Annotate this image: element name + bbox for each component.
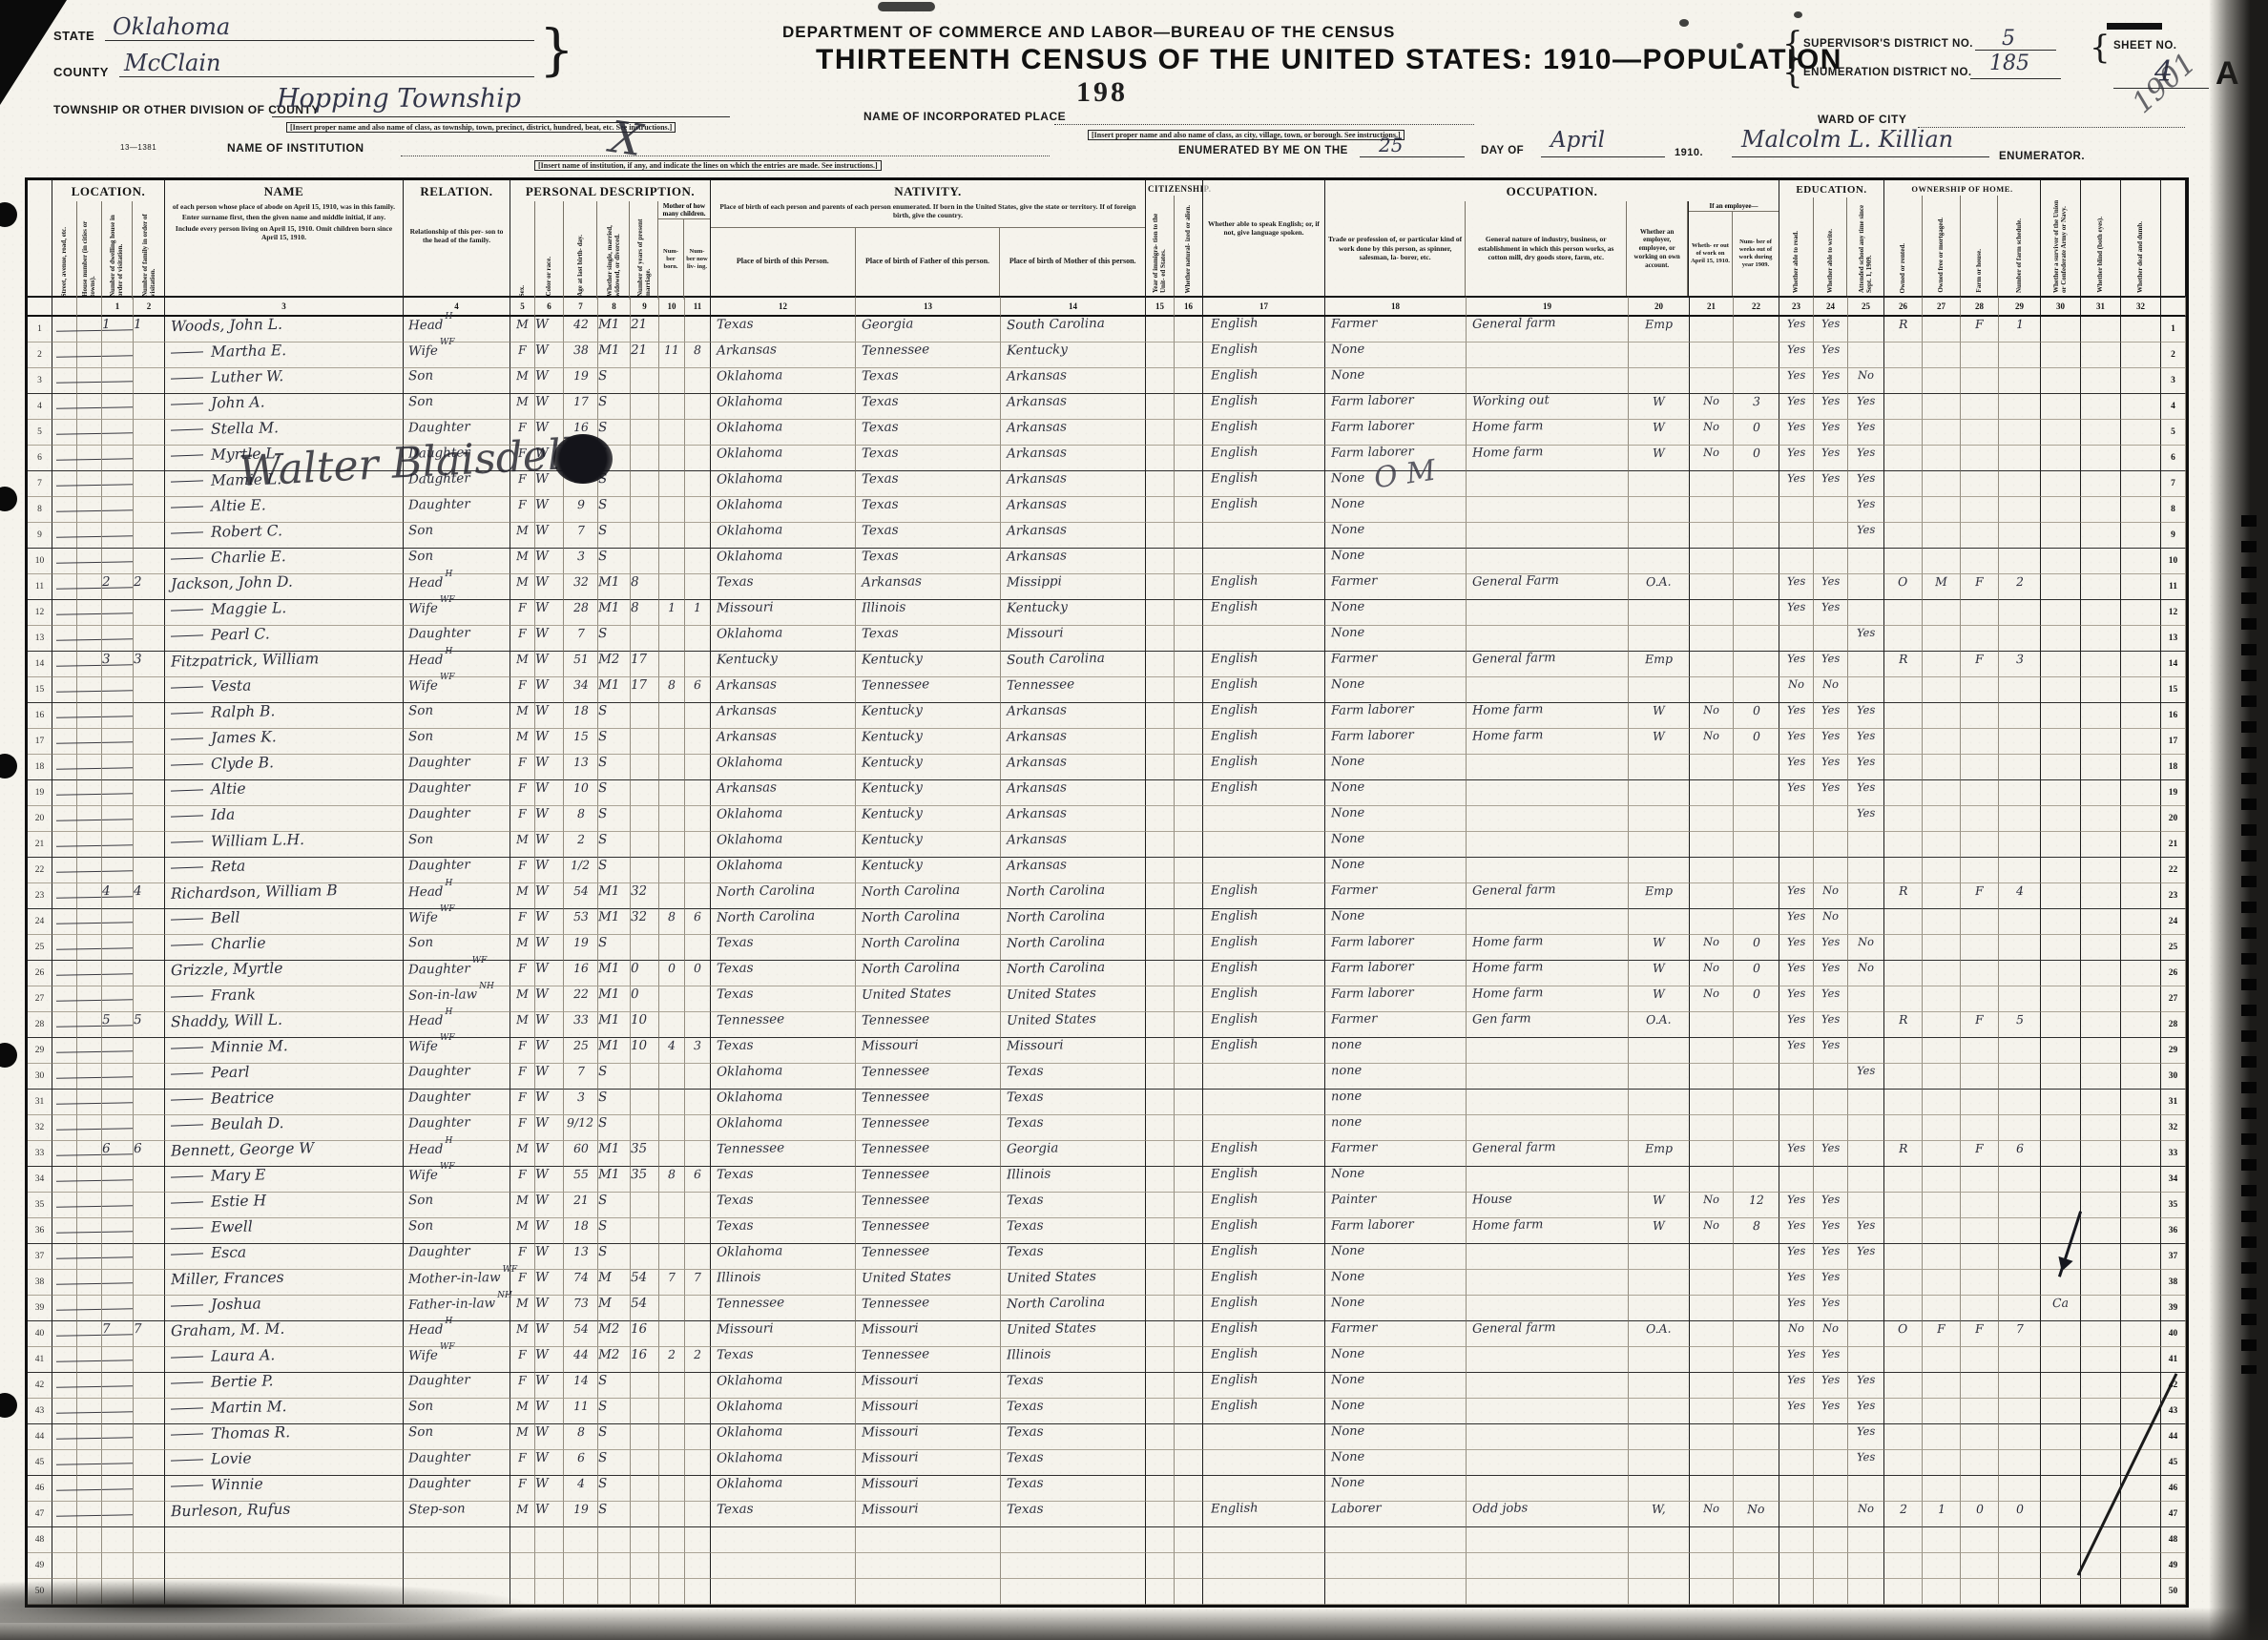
cell-rel: WifeWF	[404, 1167, 510, 1193]
cell-sex: M	[510, 935, 535, 961]
enumeration-district-value: 185	[1989, 52, 2029, 75]
cell-cb	[659, 1193, 685, 1218]
cell-cl	[685, 806, 711, 832]
cell-occ: None	[1325, 780, 1467, 806]
cell-sex: M	[510, 394, 535, 420]
cell-hn	[77, 1244, 102, 1270]
cell-d	[102, 909, 134, 935]
cell-ind: General farm	[1467, 652, 1629, 677]
col-number: 2	[134, 297, 165, 317]
cell-y: 10	[631, 1038, 659, 1064]
cell-df	[2121, 1296, 2161, 1321]
cell-cb	[659, 1579, 685, 1605]
cell-d: 5	[102, 1012, 134, 1038]
cell-im	[1146, 420, 1175, 446]
cell-sn	[1999, 1424, 2041, 1450]
cell-occ: Farmer	[1325, 574, 1467, 600]
col-header-read: Whether able to read.	[1779, 197, 1814, 296]
cell-own	[1884, 1090, 1923, 1115]
cell-sch	[1848, 1090, 1884, 1115]
cell-fh	[1961, 677, 1999, 703]
cell-st	[52, 1476, 77, 1502]
cell-sex: F	[510, 626, 535, 652]
cell-ind	[1467, 1296, 1629, 1321]
cell-own	[1884, 909, 1923, 935]
cell-wk	[1734, 677, 1779, 703]
cell-name: Burleson, Rufus	[165, 1502, 404, 1527]
cell-m: S	[598, 806, 631, 832]
cell-y: 16	[631, 1321, 659, 1347]
cell-mg	[1923, 420, 1961, 446]
cell-st	[52, 1115, 77, 1141]
cell-mb: Kentucky	[1001, 343, 1146, 368]
row-number: 24	[28, 909, 52, 935]
cell-wk: 0	[1734, 961, 1779, 986]
cell-st	[52, 626, 77, 652]
cell-hn	[77, 394, 102, 420]
cell-sur	[2041, 1115, 2081, 1141]
cell-ow	[1690, 1450, 1734, 1476]
cell-c: W	[535, 1141, 564, 1167]
cell-m: M1	[598, 317, 631, 343]
cell-ow: No	[1690, 446, 1734, 471]
cell-age: 3	[564, 549, 598, 574]
cell-im	[1146, 1218, 1175, 1244]
name-column-description: Include every person living on April 15,…	[165, 223, 403, 243]
cell-wk	[1734, 652, 1779, 677]
row-number: 24	[2161, 909, 2186, 935]
cell-emp: W	[1629, 986, 1690, 1012]
county-value: McClain	[124, 50, 221, 76]
cell-cl: 3	[685, 1038, 711, 1064]
cell-wr	[1814, 1167, 1848, 1193]
row-number: 36	[2161, 1218, 2186, 1244]
cell-fh	[1961, 1270, 1999, 1296]
cell-sur: Ca	[2041, 1296, 2081, 1321]
cell-sn	[1999, 806, 2041, 832]
cell-wr	[1814, 1115, 1848, 1141]
cell-cb: 1	[659, 600, 685, 626]
cell-y	[631, 446, 659, 471]
cell-emp	[1629, 755, 1690, 780]
row-number: 2	[28, 343, 52, 368]
cell-age: 22	[564, 986, 598, 1012]
cell-own	[1884, 703, 1923, 729]
cell-age: 17	[564, 394, 598, 420]
cell-c: W	[535, 626, 564, 652]
cell-name: Miller, Frances	[165, 1270, 404, 1296]
cell-mb: Texas	[1001, 1218, 1146, 1244]
cell-wk	[1734, 1064, 1779, 1090]
cell-im	[1146, 652, 1175, 677]
cell-name: Bennett, George W	[165, 1141, 404, 1167]
cell-own	[1884, 1218, 1923, 1244]
cell-mb: Arkansas	[1001, 394, 1146, 420]
cell-wr	[1814, 497, 1848, 523]
cell-own	[1884, 729, 1923, 755]
cell-sur	[2041, 1373, 2081, 1399]
cell-y	[631, 1579, 659, 1605]
cell-mb: United States	[1001, 1321, 1146, 1347]
cell-fh	[1961, 1373, 1999, 1399]
cell-st	[52, 523, 77, 549]
cell-cb	[659, 317, 685, 343]
cell-d	[102, 600, 134, 626]
row-number: 37	[2161, 1244, 2186, 1270]
cell-occ: Farm laborer	[1325, 729, 1467, 755]
cell-st	[52, 1244, 77, 1270]
cell-own	[1884, 1553, 1923, 1579]
cell-ow: No	[1690, 961, 1734, 986]
cell-rd: Yes	[1779, 343, 1814, 368]
cell-rel: Daughter	[404, 1244, 510, 1270]
cell-sur	[2041, 806, 2081, 832]
cell-sn: 6	[1999, 1141, 2041, 1167]
cell-rd: Yes	[1779, 909, 1814, 935]
cell-f: 6	[134, 1141, 165, 1167]
cell-d	[102, 1502, 134, 1527]
cell-nat	[1175, 1218, 1203, 1244]
cell-bl	[2081, 1424, 2121, 1450]
cell-wk	[1734, 343, 1779, 368]
cell-rd: Yes	[1779, 729, 1814, 755]
cell-mb: Texas	[1001, 1502, 1146, 1527]
cell-df	[2121, 574, 2161, 600]
col-header-dwelling-number: Number of dwelling house in order of vis…	[102, 201, 134, 300]
cell-cl: 2	[685, 1347, 711, 1373]
cell-fh	[1961, 1193, 1999, 1218]
cell-fb: Missouri	[856, 1424, 1001, 1450]
cell-rd	[1779, 1502, 1814, 1527]
cell-nat	[1175, 1373, 1203, 1399]
cell-sur	[2041, 961, 2081, 986]
cell-occ: Farmer	[1325, 1141, 1467, 1167]
cell-hn	[77, 1218, 102, 1244]
col-number: 31	[2081, 297, 2121, 317]
cell-eng: English	[1203, 677, 1325, 703]
row-number: 37	[28, 1244, 52, 1270]
col-number: 30	[2041, 297, 2081, 317]
cell-sur	[2041, 317, 2081, 343]
cell-cl	[685, 1476, 711, 1502]
cell-sch: Yes	[1848, 806, 1884, 832]
cell-occ	[1325, 1553, 1467, 1579]
col-number	[2161, 297, 2186, 317]
cell-im	[1146, 755, 1175, 780]
cell-st	[52, 729, 77, 755]
cell-m: S	[598, 780, 631, 806]
cell-f	[134, 832, 165, 858]
cell-rd	[1779, 832, 1814, 858]
col-header-sex: Sex.	[510, 201, 535, 300]
cell-nat	[1175, 729, 1203, 755]
cell-sch: No	[1848, 935, 1884, 961]
cell-bp: Texas	[711, 1218, 856, 1244]
group-title-name: NAME	[165, 180, 403, 201]
cell-mb: United States	[1001, 986, 1146, 1012]
cell-wr: Yes	[1814, 600, 1848, 626]
cell-bp: Oklahoma	[711, 446, 856, 471]
cell-occ: None	[1325, 1347, 1467, 1373]
cell-bp: Oklahoma	[711, 626, 856, 652]
cell-rd: Yes	[1779, 1141, 1814, 1167]
cell-wk	[1734, 1167, 1779, 1193]
cell-eng: English	[1203, 935, 1325, 961]
cell-cl	[685, 1244, 711, 1270]
department-line: DEPARTMENT OF COMMERCE AND LABOR—BUREAU …	[782, 23, 1395, 42]
cell-st	[52, 1038, 77, 1064]
cell-im	[1146, 343, 1175, 368]
cell-nat	[1175, 446, 1203, 471]
cell-ind: Home farm	[1467, 935, 1629, 961]
cell-mb: Arkansas	[1001, 832, 1146, 858]
row-number: 12	[28, 600, 52, 626]
cell-bl	[2081, 935, 2121, 961]
cell-bp	[711, 1553, 856, 1579]
cell-bl	[2081, 986, 2121, 1012]
cell-st	[52, 677, 77, 703]
form-header: State Oklahoma County McClain } DEPARTME…	[0, 0, 2268, 177]
cell-bp: Texas	[711, 961, 856, 986]
cell-age: 51	[564, 652, 598, 677]
cell-sch	[1848, 652, 1884, 677]
cell-hn	[77, 755, 102, 780]
cell-fh: 0	[1961, 1502, 1999, 1527]
cell-emp	[1629, 1347, 1690, 1373]
cell-occ: None	[1325, 1244, 1467, 1270]
cell-mb: Texas	[1001, 1193, 1146, 1218]
cell-sex: F	[510, 1476, 535, 1502]
cell-bl	[2081, 1579, 2121, 1605]
cell-df	[2121, 1476, 2161, 1502]
cell-im	[1146, 883, 1175, 909]
scan-speckle	[1679, 19, 1689, 27]
cell-st	[52, 780, 77, 806]
cell-own	[1884, 626, 1923, 652]
row-number: 41	[2161, 1347, 2186, 1373]
cell-sex: F	[510, 858, 535, 883]
cell-fh	[1961, 1244, 1999, 1270]
cell-d	[102, 858, 134, 883]
cell-sch	[1848, 1296, 1884, 1321]
cell-nat	[1175, 1476, 1203, 1502]
cell-rd: Yes	[1779, 574, 1814, 600]
cell-nat	[1175, 1579, 1203, 1605]
cell-f	[134, 1244, 165, 1270]
cell-occ: Farm laborer	[1325, 703, 1467, 729]
cell-y: 17	[631, 652, 659, 677]
cell-bl	[2081, 832, 2121, 858]
enumerated-label: Enumerated by me on the	[1178, 145, 1348, 156]
cell-wk: 12	[1734, 1193, 1779, 1218]
cell-cb	[659, 626, 685, 652]
col-number: 18	[1325, 297, 1467, 317]
cell-sex: F	[510, 1167, 535, 1193]
row-number: 49	[28, 1553, 52, 1579]
col-header-owned-rented: Owned or rented.	[1884, 196, 1923, 296]
cell-mb: United States	[1001, 1270, 1146, 1296]
cell-d	[102, 1218, 134, 1244]
ink-blot	[553, 434, 613, 484]
cell-hn	[77, 1347, 102, 1373]
cell-fb: United States	[856, 986, 1001, 1012]
cell-bp: North Carolina	[711, 883, 856, 909]
row-number: 47	[28, 1502, 52, 1527]
cell-st	[52, 343, 77, 368]
col-number: 8	[598, 297, 631, 317]
cell-fb: Tennessee	[856, 1244, 1001, 1270]
col-number: 17	[1203, 297, 1325, 317]
cell-st	[52, 652, 77, 677]
col-header-deaf: Whether deaf and dumb.	[2121, 180, 2160, 296]
cell-ow	[1690, 1424, 1734, 1450]
col-number: 26	[1884, 297, 1923, 317]
cell-mg	[1923, 1450, 1961, 1476]
cell-mb: North Carolina	[1001, 961, 1146, 986]
cell-d	[102, 1090, 134, 1115]
scan-hole	[0, 487, 17, 511]
cell-occ: None	[1325, 858, 1467, 883]
cell-ow: No	[1690, 1193, 1734, 1218]
cell-y	[631, 394, 659, 420]
cell-im	[1146, 317, 1175, 343]
cell-bp: Arkansas	[711, 780, 856, 806]
cell-nat	[1175, 1193, 1203, 1218]
cell-age: 13	[564, 755, 598, 780]
cell-sex: M	[510, 1424, 535, 1450]
cell: Trade or profession of, or particular ki…	[1325, 201, 1779, 296]
cell-fb: Arkansas	[856, 574, 1001, 600]
cell-im	[1146, 1399, 1175, 1424]
cell-cl	[685, 935, 711, 961]
cell-sex: F	[510, 497, 535, 523]
cell-ind	[1467, 1038, 1629, 1064]
header-group: CITIZENSHIP.Year of immigra- tion to the…	[1146, 180, 1203, 297]
cell-mb: Georgia	[1001, 1141, 1146, 1167]
cell-wr: No	[1814, 677, 1848, 703]
cell-occ: None	[1325, 806, 1467, 832]
cell-mg	[1923, 1115, 1961, 1141]
cell-sur	[2041, 883, 2081, 909]
cell-bp: Texas	[711, 1038, 856, 1064]
row-number: 48	[2161, 1527, 2186, 1553]
cell-mg	[1923, 1218, 1961, 1244]
cell-sch	[1848, 549, 1884, 574]
cell-rd: No	[1779, 677, 1814, 703]
cell-age: 7	[564, 1064, 598, 1090]
cell-c: W	[535, 523, 564, 549]
cell-name: James K.	[165, 729, 404, 755]
cell-d	[102, 523, 134, 549]
row-number: 6	[28, 446, 52, 471]
cell-mb: Texas	[1001, 1244, 1146, 1270]
cell-occ: none	[1325, 1064, 1467, 1090]
cell-sch: Yes	[1848, 1373, 1884, 1399]
row-number: 15	[28, 677, 52, 703]
col-header-children-born: Num- ber born.	[658, 219, 684, 300]
cell-m: M	[598, 1270, 631, 1296]
cell-d	[102, 935, 134, 961]
cell-f	[134, 1167, 165, 1193]
stamp-198: 198	[1076, 76, 1128, 109]
cell-f	[134, 909, 165, 935]
cell-name: Altie	[165, 780, 404, 806]
cell-d	[102, 832, 134, 858]
cell-sex: M	[510, 883, 535, 909]
cell-eng: English	[1203, 1193, 1325, 1218]
cell-im	[1146, 471, 1175, 497]
cell-sch: Yes	[1848, 1450, 1884, 1476]
cell-st	[52, 420, 77, 446]
cell-cb	[659, 1424, 685, 1450]
cell-bp: Texas	[711, 574, 856, 600]
row-number: 7	[28, 471, 52, 497]
cell-name: Luther W.	[165, 368, 404, 394]
cell-wk: 3	[1734, 394, 1779, 420]
cell-cl: 6	[685, 677, 711, 703]
cell-wr: Yes	[1814, 1373, 1848, 1399]
cell-age: 74	[564, 1270, 598, 1296]
cell-c: W	[535, 780, 564, 806]
cell-cb	[659, 523, 685, 549]
col-number: 3	[165, 297, 404, 317]
cell-df	[2121, 1090, 2161, 1115]
cell-cl	[685, 471, 711, 497]
col-header-weeks-out: Num- ber of weeks out of work during yea…	[1733, 212, 1779, 296]
cell-fh	[1961, 497, 1999, 523]
cell-wr: Yes	[1814, 961, 1848, 986]
cell-age: 21	[564, 1193, 598, 1218]
cell-ind: General Farm	[1467, 574, 1629, 600]
brace-glyph: {	[2090, 29, 2111, 67]
cell-emp	[1629, 1244, 1690, 1270]
cell-d	[102, 1244, 134, 1270]
cell-fh: F	[1961, 1141, 1999, 1167]
cell-sch	[1848, 600, 1884, 626]
cell-wk	[1734, 1244, 1779, 1270]
cell-fh	[1961, 394, 1999, 420]
cell-eng: English	[1203, 1012, 1325, 1038]
cell-im	[1146, 368, 1175, 394]
cell-m: S	[598, 1476, 631, 1502]
cell-c	[535, 1527, 564, 1553]
cell-fb	[856, 1579, 1001, 1605]
group-title-personal: PERSONAL DESCRIPTION.	[510, 180, 710, 201]
cell-fh	[1961, 1218, 1999, 1244]
cell-cb	[659, 394, 685, 420]
cell-rel: Son	[404, 549, 510, 574]
cell-eng	[1203, 1115, 1325, 1141]
cell-wk: 8	[1734, 1218, 1779, 1244]
cell-cb	[659, 858, 685, 883]
cell-fb	[856, 1553, 1001, 1579]
cell-bl	[2081, 1193, 2121, 1218]
cell-im	[1146, 677, 1175, 703]
cell-cb: 11	[659, 343, 685, 368]
cell-eng: English	[1203, 600, 1325, 626]
cell-ow	[1690, 1038, 1734, 1064]
cell-f	[134, 1476, 165, 1502]
cell-own	[1884, 343, 1923, 368]
relation-column-description: Relationship of this per- son to the hea…	[404, 226, 510, 246]
cell-ind	[1467, 1553, 1629, 1579]
cell-fh: F	[1961, 574, 1999, 600]
cell-mb: Arkansas	[1001, 729, 1146, 755]
cell-fh: F	[1961, 317, 1999, 343]
scan-speckle	[878, 2, 935, 11]
cell-bp: Oklahoma	[711, 368, 856, 394]
cell-ind: Odd jobs	[1467, 1502, 1629, 1527]
